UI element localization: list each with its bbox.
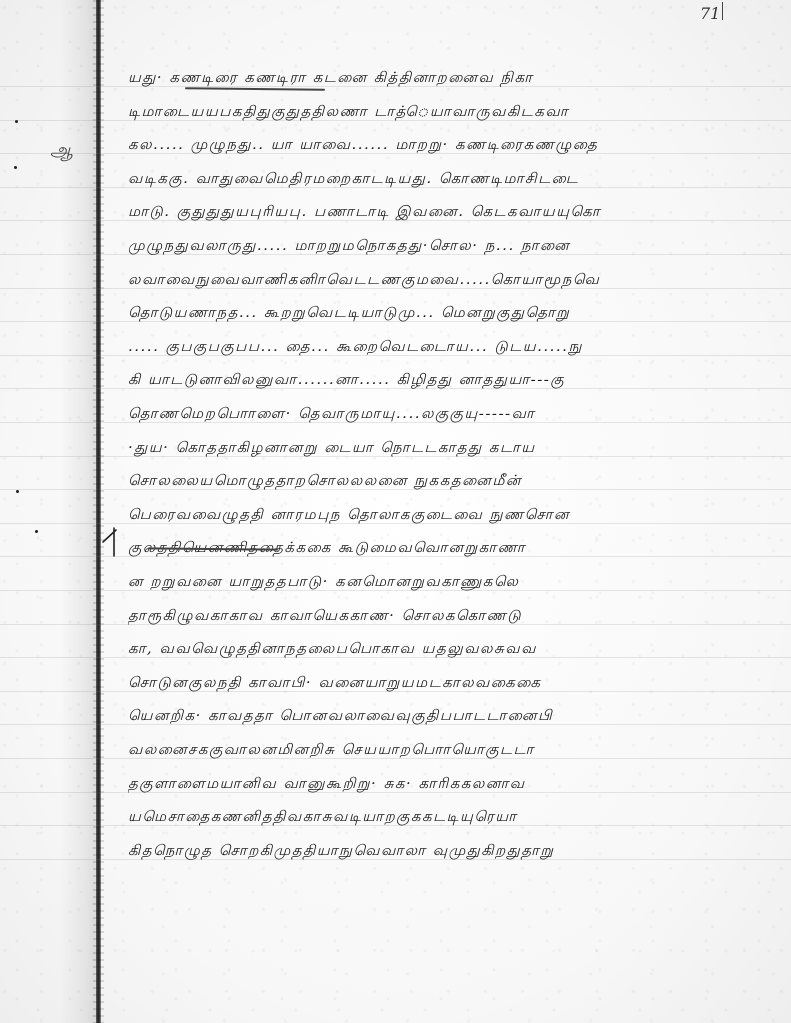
manuscript-page: 71 ஆ யது· கணடிரை கணடிரா கடனை கித்தினாறனை… (0, 0, 791, 1023)
manuscript-line-text: சொடுனகுலநதி காவாபி· வனையாறுயமடகாலவகைகை (128, 668, 542, 697)
manuscript-line-text: வடிககு. வாதுவைமெதிரமறைகாடடியது. கொணடிமாச… (128, 164, 579, 193)
manuscript-line-text: கா, வவவெழுததினாநதலைபபொகாவ யதலுவலசுவவ (128, 634, 537, 663)
manuscript-line: லவாவைநுவைவாணிகனிாவெடடணகுமவை.....கொயாமூநவ… (128, 264, 778, 294)
manuscript-line-text: தொணமெறபொாளை· தெவாருமாயு....லகுகுயு-----வ… (128, 399, 535, 428)
margin-arrow-icon (100, 520, 122, 560)
manuscript-line: ..... குபகுபகுபப... தை... கூறைவெடடைாய...… (128, 331, 778, 361)
manuscript-line: தொடுயணாநத... கூறறுவெடடியாடுமு... மெனறுகு… (128, 297, 778, 327)
speck (35, 530, 38, 533)
manuscript-line: ன றறுவனை யாறுததபாடு· கனமொனறுவகாணுகலெ (128, 566, 778, 596)
manuscript-line-text: கல..... முழுநது.. யா யாவை...... மாறறு· க… (128, 130, 598, 159)
manuscript-line: வடிககு. வாதுவைமெதிரமறைகாடடியது. கொணடிமாச… (128, 163, 778, 193)
manuscript-line: தகுளாளைமயானிவ வானுகூறிறு· சுக· காரிககலனா… (128, 768, 778, 798)
manuscript-line-text: மாடு. குதுதுதுயபுரியபு. பணாடாடி இவனை. கெ… (128, 197, 601, 226)
page-number-tick (722, 2, 723, 20)
manuscript-line: கிதநொழுத சொறகிமுததியாநுவெவாலா வுமுதுகிறத… (128, 835, 778, 865)
manuscript-line-text: டிமாடையயபகதிதுகுதுததிலணா டாத்ெயாவாருவகிட… (128, 97, 569, 126)
manuscript-line: பெரைவவைழுததி னாரமபுந தொலாககுடைவை நுணசொன (128, 499, 778, 529)
manuscript-line-text: தொடுயணாநத... கூறறுவெடடியாடுமு... மெனறுகு… (128, 298, 570, 327)
manuscript-line-text: யெனறிக· காவததா பொனவலாவைவுகுதிபபாடடானைபி (128, 701, 553, 730)
manuscript-line-text: வலனைசககுவாலனமினறிசு செயயாறபொாயொகுடடா (128, 735, 535, 764)
manuscript-line: கி யாடடுனாவிலனுவா......னா..... கிழிதது ன… (128, 364, 778, 394)
manuscript-line: சொடுனகுலநதி காவாபி· வனையாறுயமடகாலவகைகை (128, 667, 778, 697)
page-number: 71 (700, 4, 720, 23)
manuscript-line-text: லவாவைநுவைவாணிகனிாவெடடணகுமவை.....கொயாமூநவ… (128, 265, 600, 294)
speck (16, 490, 19, 493)
manuscript-line-text: முழுநதுவலாருது..... மாறறுமநொகதது·சொல· ந.… (128, 231, 570, 260)
manuscript-line-text: பெரைவவைழுததி னாரமபுந தொலாககுடைவை நுணசொன (128, 500, 570, 529)
margin-annotation: ஆ (50, 140, 73, 163)
manuscript-line: மாடு. குதுதுதுயபுரியபு. பணாடாடி இவனை. கெ… (128, 196, 778, 226)
manuscript-line: யமெசாதைகணனிததிவகாசுவடியாறகுககடடியுரெயா (128, 801, 778, 831)
manuscript-line-text: கி யாடடுனாவிலனுவா......னா..... கிழிதது ன… (128, 365, 565, 394)
manuscript-line: கா, வவவெழுததினாநதலைபபொகாவ யதலுவலசுவவ (128, 633, 778, 663)
manuscript-line: குலததியெனணிததைக்ககை கூடுமைவவொனறுகாணா (128, 532, 778, 562)
manuscript-line: ·துய· கொததாகிழனானறு டையா நொடடகாதது கடாய (128, 432, 778, 462)
speck (14, 166, 17, 169)
manuscript-line-text: கிதநொழுத சொறகிமுததியாநுவெவாலா வுமுதுகிறத… (128, 836, 554, 865)
manuscript-line: சொலலையமொழுததாறசொலலலனை நுககதனைமீன் (128, 465, 778, 495)
manuscript-line: வலனைசககுவாலனமினறிசு செயயாறபொாயொகுடடா (128, 734, 778, 764)
manuscript-line-text: தகுளாளைமயானிவ வானுகூறிறு· சுக· காரிககலனா… (128, 769, 526, 798)
manuscript-line: தொணமெறபொாளை· தெவாருமாயு....லகுகுயு-----வ… (128, 398, 778, 428)
manuscript-line-text: ·துய· கொததாகிழனானறு டையா நொடடகாதது கடாய (128, 433, 536, 462)
manuscript-line: தாரூகிழுவகாகாவ காவாயெககாண· சொலககொணடு (128, 600, 778, 630)
manuscript-line-text: ..... குபகுபகுபப... தை... கூறைவெடடைாய...… (128, 332, 583, 361)
manuscript-line-text: சொலலையமொழுததாறசொலலலனை நுககதனைமீன் (128, 466, 522, 495)
manuscript-line: கல..... முழுநது.. யா யாவை...... மாறறு· க… (128, 129, 778, 159)
manuscript-line: முழுநதுவலாருது..... மாறறுமநொகதது·சொல· ந.… (128, 230, 778, 260)
manuscript-line-text: தாரூகிழுவகாகாவ காவாயெககாண· சொலககொணடு (128, 601, 522, 630)
manuscript-line-text: ன றறுவனை யாறுததபாடு· கனமொனறுவகாணுகலெ (128, 567, 520, 596)
manuscript-line: டிமாடையயபகதிதுகுதுததிலணா டாத்ெயாவாருவகிட… (128, 96, 778, 126)
manuscript-line-text: யமெசாதைகணனிததிவகாசுவடியாறகுககடடியுரெயா (128, 802, 517, 831)
manuscript-line: யெனறிக· காவததா பொனவலாவைவுகுதிபபாடடானைபி (128, 700, 778, 730)
